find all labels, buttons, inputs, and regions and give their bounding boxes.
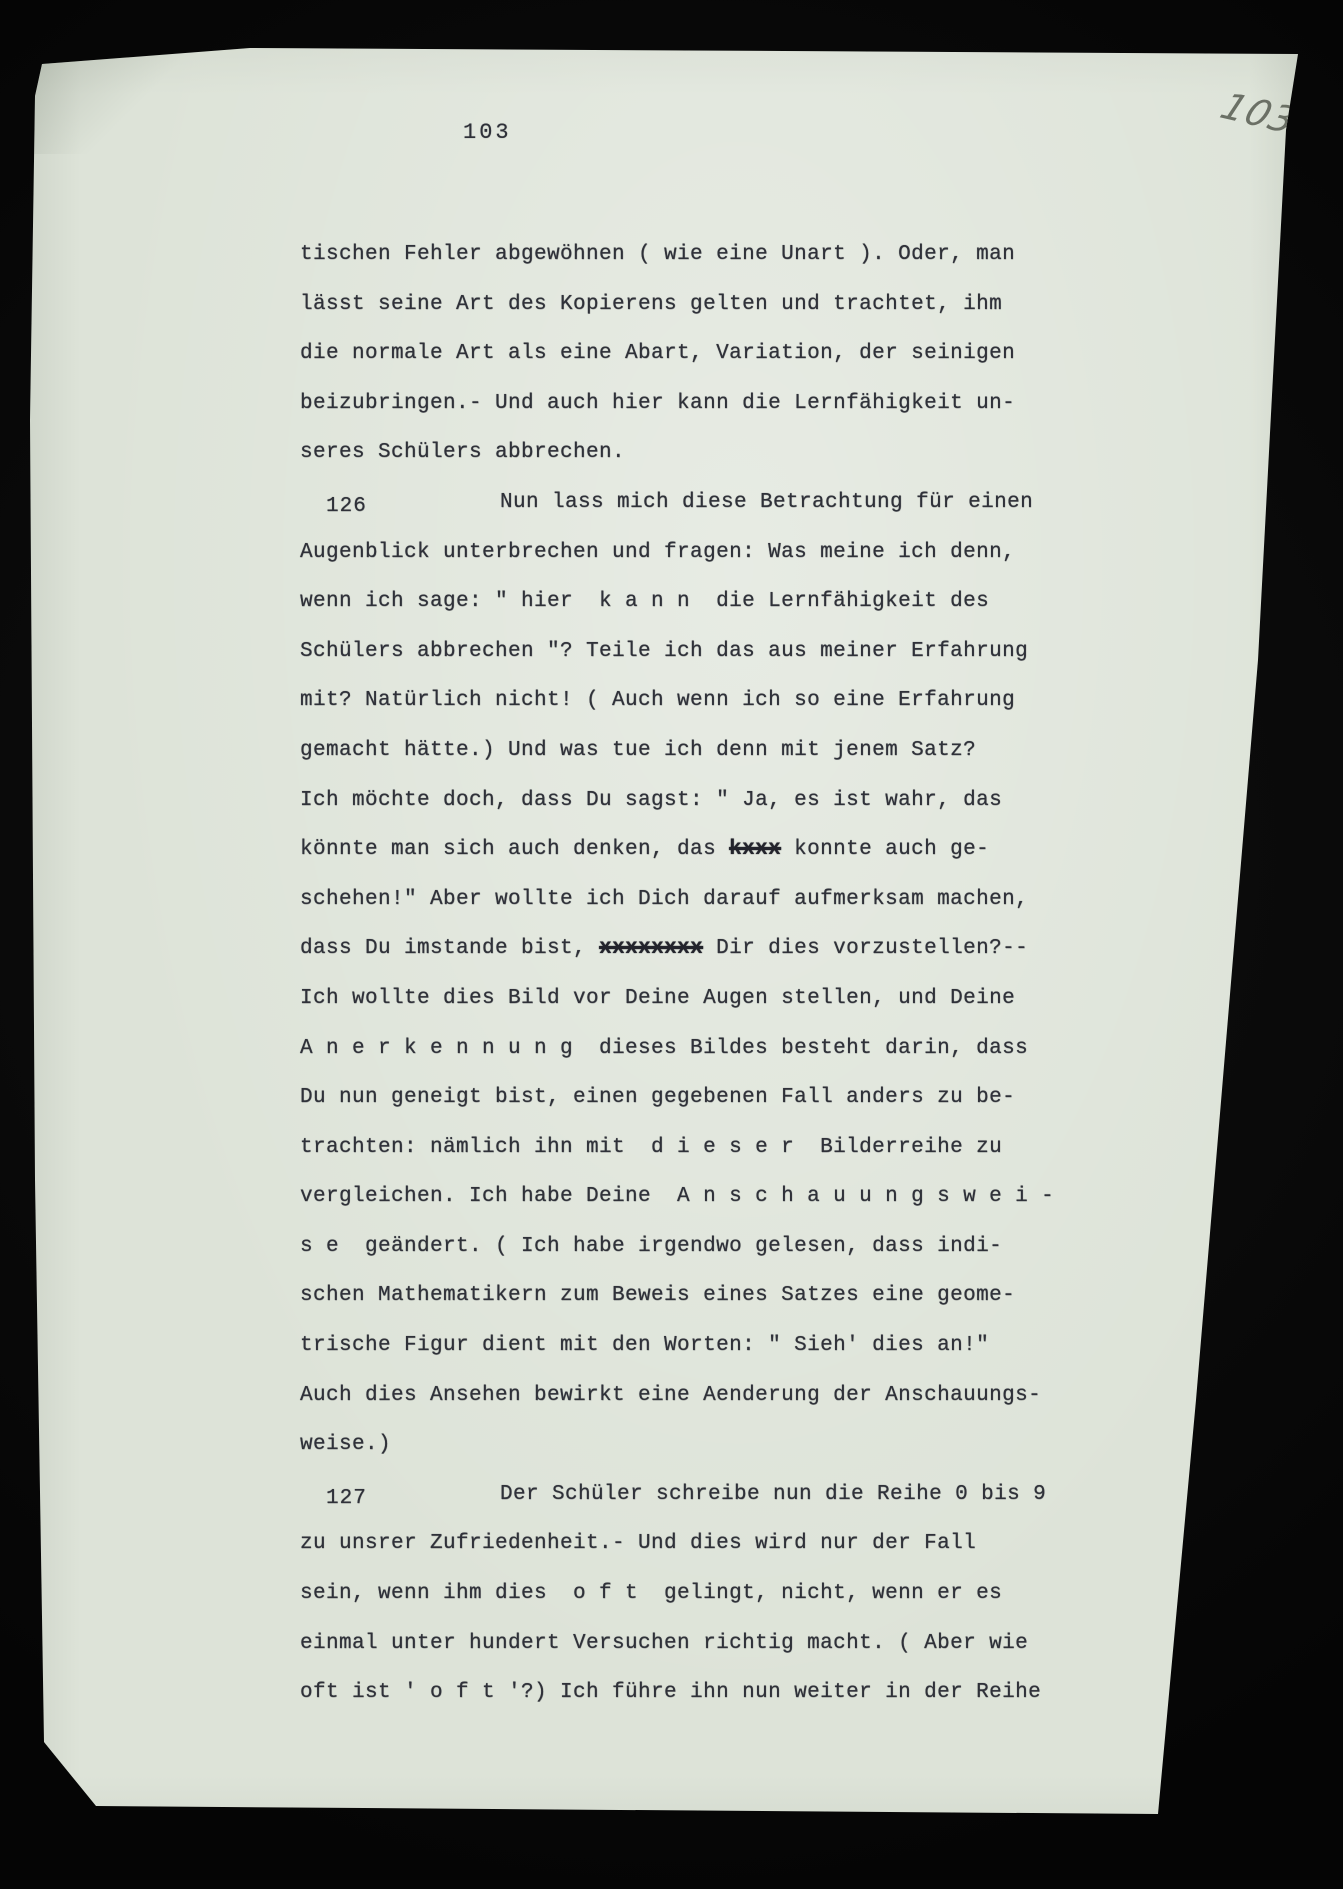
text-segment: Ich möchte doch, dass Du sagst: " Ja, es… — [300, 789, 1002, 812]
text-line: sein, wenn ihm dies o f t gelingt, nicht… — [300, 1579, 1060, 1629]
text-line: 127Der Schüler schreibe nun die Reihe 0 … — [300, 1480, 1060, 1530]
handwritten-page-number: 103 — [1214, 85, 1303, 142]
text-line: A n e r k e n n u n g dieses Bildes best… — [300, 1034, 1060, 1084]
text-segment: oft ist ' o f t '?) Ich führe ihn nun we… — [300, 1681, 1041, 1704]
text-segment: dass Du imstande bist, — [300, 937, 599, 960]
text-line: dass Du imstande bist, xxxxxxxx Dir dies… — [300, 934, 1060, 984]
text-line: Ich wollte dies Bild vor Deine Augen ste… — [300, 984, 1060, 1034]
text-segment: s e geändert. ( Ich habe irgendwo gelese… — [300, 1235, 1002, 1258]
text-segment: wenn ich sage: " hier k a n n die Lernfä… — [300, 590, 989, 613]
text-line: tischen Fehler abgewöhnen ( wie eine Una… — [300, 240, 1060, 290]
text-segment: Schülers abbrechen "? Teile ich das aus … — [300, 640, 1028, 663]
text-line: trische Figur dient mit den Worten: " Si… — [300, 1331, 1060, 1381]
text-line: seres Schülers abbrechen. — [300, 438, 1060, 488]
text-segment: gemacht hätte.) Und was tue ich denn mit… — [300, 739, 976, 762]
text-line: 126Nun lass mich diese Betrachtung für e… — [300, 488, 1060, 538]
text-segment: Du nun geneigt bist, einen gegebenen Fal… — [300, 1086, 1015, 1109]
text-line: mit? Natürlich nicht! ( Auch wenn ich so… — [300, 686, 1060, 736]
text-line: vergleichen. Ich habe Deine A n s c h a … — [300, 1182, 1060, 1232]
margin-number: 126 — [126, 492, 367, 522]
text-line: Du nun geneigt bist, einen gegebenen Fal… — [300, 1083, 1060, 1133]
text-segment: Auch dies Ansehen bewirkt eine Aenderung… — [300, 1384, 1041, 1407]
text-segment: schehen!" Aber wollte ich Dich darauf au… — [300, 888, 1028, 911]
text-line: zu unsrer Zufriedenheit.- Und dies wird … — [300, 1529, 1060, 1579]
body-text: tischen Fehler abgewöhnen ( wie eine Una… — [300, 240, 1060, 1728]
text-line: könnte man sich auch denken, das kxxx ko… — [300, 835, 1060, 885]
text-line: beizubringen.- Und auch hier kann die Le… — [300, 389, 1060, 439]
text-line: s e geändert. ( Ich habe irgendwo gelese… — [300, 1232, 1060, 1282]
text-line: einmal unter hundert Versuchen richtig m… — [300, 1629, 1060, 1679]
text-segment: weise.) — [300, 1433, 391, 1456]
text-segment: tischen Fehler abgewöhnen ( wie eine Una… — [300, 243, 1015, 266]
text-line: Auch dies Ansehen bewirkt eine Aenderung… — [300, 1381, 1060, 1431]
text-segment: Dir dies vorzustellen?-- — [703, 937, 1028, 960]
text-segment: vergleichen. Ich habe Deine A n s c h a … — [300, 1185, 1054, 1208]
text-segment: Ich wollte dies Bild vor Deine Augen ste… — [300, 987, 1015, 1010]
overstruck-text: xxxxxxxx — [599, 937, 703, 960]
text-segment: könnte man sich auch denken, das — [300, 838, 729, 861]
text-segment: die normale Art als eine Abart, Variatio… — [300, 342, 1015, 365]
text-segment: Nun lass mich diese Betrachtung für eine… — [500, 491, 1033, 514]
paper-crease — [30, 44, 180, 154]
text-segment: Der Schüler schreibe nun die Reihe 0 bis… — [500, 1483, 1046, 1506]
text-line: Schülers abbrechen "? Teile ich das aus … — [300, 637, 1060, 687]
text-segment: beizubringen.- Und auch hier kann die Le… — [300, 392, 1015, 415]
text-segment: sein, wenn ihm dies o f t gelingt, nicht… — [300, 1582, 1002, 1605]
text-line: Augenblick unterbrechen und fragen: Was … — [300, 538, 1060, 588]
text-segment: zu unsrer Zufriedenheit.- Und dies wird … — [300, 1532, 976, 1555]
text-segment: schen Mathematikern zum Beweis eines Sat… — [300, 1284, 1015, 1307]
text-line: die normale Art als eine Abart, Variatio… — [300, 339, 1060, 389]
text-segment: trische Figur dient mit den Worten: " Si… — [300, 1334, 989, 1357]
text-line: wenn ich sage: " hier k a n n die Lernfä… — [300, 587, 1060, 637]
text-segment: A n e r k e n n u n g dieses Bildes best… — [300, 1037, 1028, 1060]
overstruck-text: kxxx — [729, 838, 781, 861]
document-page: 103 103 tischen Fehler abgewöhnen ( wie … — [0, 0, 1343, 1889]
text-line: weise.) — [300, 1430, 1060, 1480]
text-line: schen Mathematikern zum Beweis eines Sat… — [300, 1281, 1060, 1331]
text-segment: einmal unter hundert Versuchen richtig m… — [300, 1632, 1028, 1655]
text-line: lässt seine Art des Kopierens gelten und… — [300, 290, 1060, 340]
text-line: Ich möchte doch, dass Du sagst: " Ja, es… — [300, 786, 1060, 836]
text-line: trachten: nämlich ihn mit d i e s e r Bi… — [300, 1133, 1060, 1183]
text-line: oft ist ' o f t '?) Ich führe ihn nun we… — [300, 1678, 1060, 1728]
text-segment: mit? Natürlich nicht! ( Auch wenn ich so… — [300, 689, 1015, 712]
text-line: schehen!" Aber wollte ich Dich darauf au… — [300, 885, 1060, 935]
text-line: gemacht hätte.) Und was tue ich denn mit… — [300, 736, 1060, 786]
paper-corner-fold — [44, 1742, 98, 1808]
text-segment: lässt seine Art des Kopierens gelten und… — [300, 293, 1002, 316]
text-segment: trachten: nämlich ihn mit d i e s e r Bi… — [300, 1136, 1002, 1159]
text-segment: konnte auch ge- — [781, 838, 989, 861]
text-segment: seres Schülers abbrechen. — [300, 441, 625, 464]
margin-number: 127 — [126, 1484, 367, 1514]
text-segment: Augenblick unterbrechen und fragen: Was … — [300, 541, 1015, 564]
typed-page-number: 103 — [463, 120, 623, 145]
